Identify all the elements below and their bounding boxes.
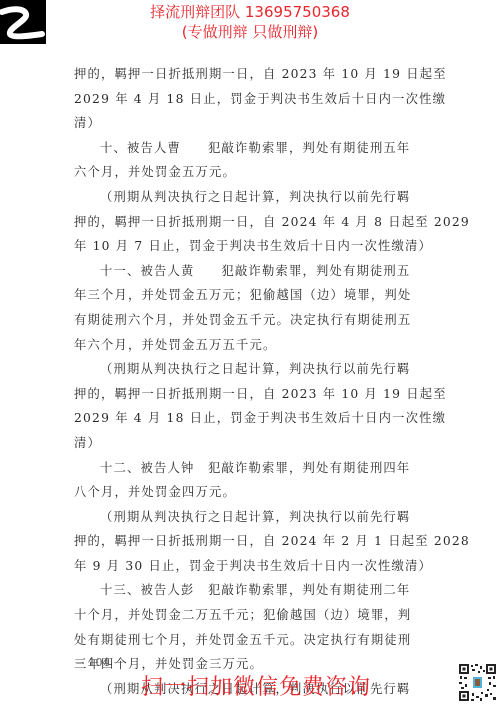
text-line: 押的，羁押一日折抵刑期一日，自 2024 年 4 月 8 日起至 2029 <box>74 210 424 235</box>
page-number: － 104 － <box>74 654 124 670</box>
text-line: 十个月，并处罚金二万五千元；犯偷越国（边）境罪，判 <box>74 603 424 628</box>
text-line: 押的，羁押一日折抵刑期一日，自 2023 年 10 月 19 日起至 <box>74 62 424 87</box>
header-banner: 择流刑辩团队 13695750368 (专做刑辩 只做刑辩) <box>0 2 500 42</box>
text-line: 清） <box>74 111 424 136</box>
text-line: 有期徒刑六个月，并处罚金五千元。决定执行有期徒刑五 <box>74 308 424 333</box>
text-line: 处有期徒刑七个月，并处罚金五千元。决定执行有期徒刑 <box>74 628 424 653</box>
text-line: 十二、被告人钟 犯敲诈勒索罪，判处有期徒刑四年 <box>74 456 424 481</box>
text-line: 年 9 月 30 日止，罚金于判决书生效后十日内一次性缴清） <box>74 554 424 579</box>
qr-code-icon[interactable] <box>458 663 497 702</box>
text-line: 六个月，并处罚金五万元。 <box>74 160 424 185</box>
text-line: 2029 年 4 月 18 日止，罚金于判决书生效后十日内一次性缴 <box>74 406 424 431</box>
footer-cta: 扫一扫加微信免费咨询 <box>136 674 376 702</box>
text-line: 年六个月，并处罚金五万五千元。 <box>74 333 424 358</box>
text-line: （刑期从判决执行之日起计算，判决执行以前先行羁 <box>74 185 424 210</box>
text-line: （刑期从判决执行之日起计算，判决执行以前先行羁 <box>74 505 424 530</box>
text-line: 十三、被告人彭 犯敲诈勒索罪，判处有期徒刑二年 <box>74 578 424 603</box>
text-line: 十一、被告人黄 犯敲诈勒索罪，判处有期徒刑五 <box>74 259 424 284</box>
text-line: 八个月，并处罚金四万元。 <box>74 480 424 505</box>
text-line: 押的，羁押一日折抵刑期一日，自 2024 年 2 月 1 日起至 2028 <box>74 529 424 554</box>
text-line: 年三个月，并处罚金五万元；犯偷越国（边）境罪，判处 <box>74 283 424 308</box>
text-line: 押的，羁押一日折抵刑期一日，自 2023 年 10 月 19 日起至 <box>74 382 424 407</box>
header-title: 择流刑辩团队 13695750368 <box>0 2 500 22</box>
text-line: （刑期从判决执行之日起计算，判决执行以前先行羁 <box>74 357 424 382</box>
text-line: 2029 年 4 月 18 日止，罚金于判决书生效后十日内一次性缴 <box>74 87 424 112</box>
header-subtitle: (专做刑辩 只做刑辩) <box>0 22 500 42</box>
qr-code-graphic <box>458 663 497 702</box>
text-line: 清） <box>74 431 424 456</box>
text-line: 年 10 月 7 日止，罚金于判决书生效后十日内一次性缴清） <box>74 234 424 259</box>
text-line: 十、被告人曹 犯敲诈勒索罪，判处有期徒刑五年 <box>74 136 424 161</box>
document-body: 押的，羁押一日折抵刑期一日，自 2023 年 10 月 19 日起至2029 年… <box>74 62 424 701</box>
